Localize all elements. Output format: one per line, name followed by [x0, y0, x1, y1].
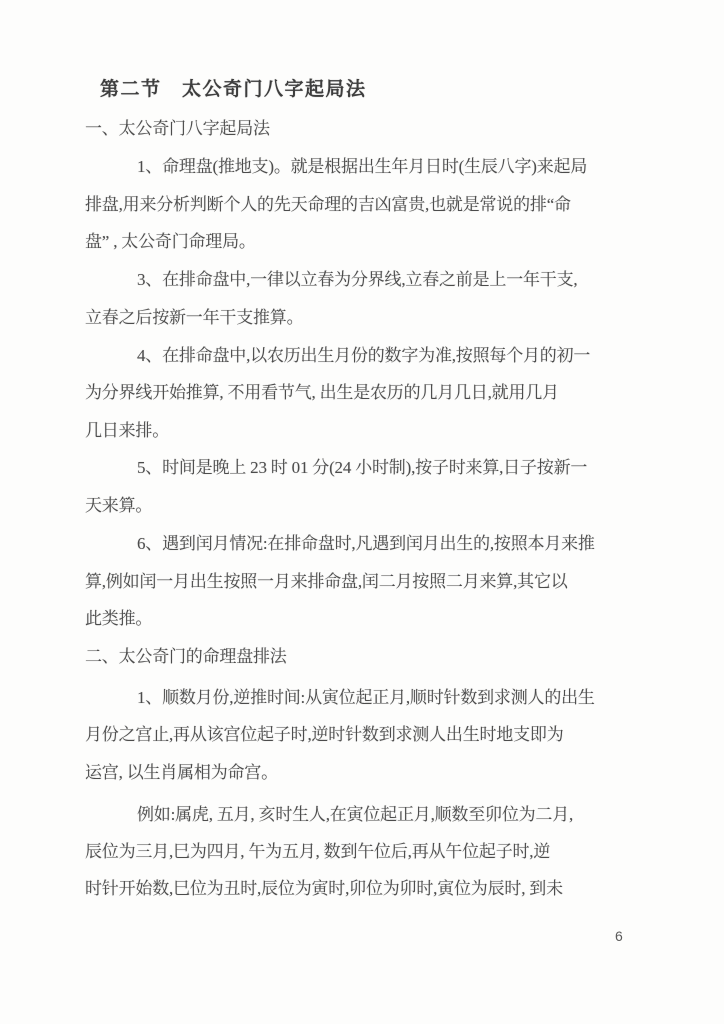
subsection-heading-2: 二、太公奇门的命理盘排法 — [85, 645, 287, 669]
text-line: 时针开始数,巳位为丑时,辰位为寅时,卯位为卯时,寅位为辰时, 到未 — [85, 877, 563, 901]
text-line: 例如:属虎, 五月, 亥时生人,在寅位起正月,顺数至卯位为二月, — [137, 803, 573, 827]
text-line: 盘” , 太公奇门命理局。 — [85, 230, 256, 254]
page-number: 6 — [615, 928, 623, 944]
scanned-document-page: 第二节 太公奇门八字起局法 一、太公奇门八字起局法 1、命理盘(推地支)。就是根… — [0, 0, 724, 1024]
text-line: 3、在排命盘中,一律以立春为分界线,立春之前是上一年干支, — [137, 268, 577, 292]
section-heading: 第二节 太公奇门八字起局法 — [100, 78, 367, 102]
subsection-heading-1: 一、太公奇门八字起局法 — [85, 117, 270, 141]
text-line: 6、遇到闰月情况:在排命盘时,凡遇到闰月出生的,按照本月来推 — [137, 532, 595, 556]
text-line: 辰位为三月,巳为四月, 午为五月, 数到午位后,再从午位起子时,逆 — [85, 840, 550, 864]
text-line: 立春之后按新一年干支推算。 — [85, 306, 303, 330]
text-line: 此类推。 — [85, 607, 152, 631]
text-line: 排盘,用来分析判断个人的先天命理的吉凶富贵,也就是常说的排“命 — [85, 193, 571, 217]
text-line: 5、时间是晚上 23 时 01 分(24 小时制),按子时来算,日子按新一 — [137, 456, 587, 480]
text-line: 月份之宫止,再从该宫位起子时,逆时针数到求测人出生时地支即为 — [85, 723, 564, 747]
text-line: 算,例如闰一月出生按照一月来排命盘,闰二月按照二月来算,其它以 — [85, 570, 568, 594]
text-line: 为分界线开始推算, 不用看节气, 出生是农历的几月几日,就用几月 — [85, 381, 559, 405]
text-line: 天来算。 — [85, 494, 152, 518]
text-line: 1、顺数月份,逆推时间:从寅位起正月,顺时针数到求测人的出生 — [137, 686, 595, 710]
text-line: 几日来排。 — [85, 419, 169, 443]
text-line: 1、命理盘(推地支)。就是根据出生年月日时(生辰八字)来起局 — [137, 155, 587, 179]
text-line: 4、在排命盘中,以农历出生月份的数字为准,按照每个月的初一 — [137, 344, 590, 368]
text-line: 运宫, 以生肖属相为命宫。 — [85, 761, 278, 785]
